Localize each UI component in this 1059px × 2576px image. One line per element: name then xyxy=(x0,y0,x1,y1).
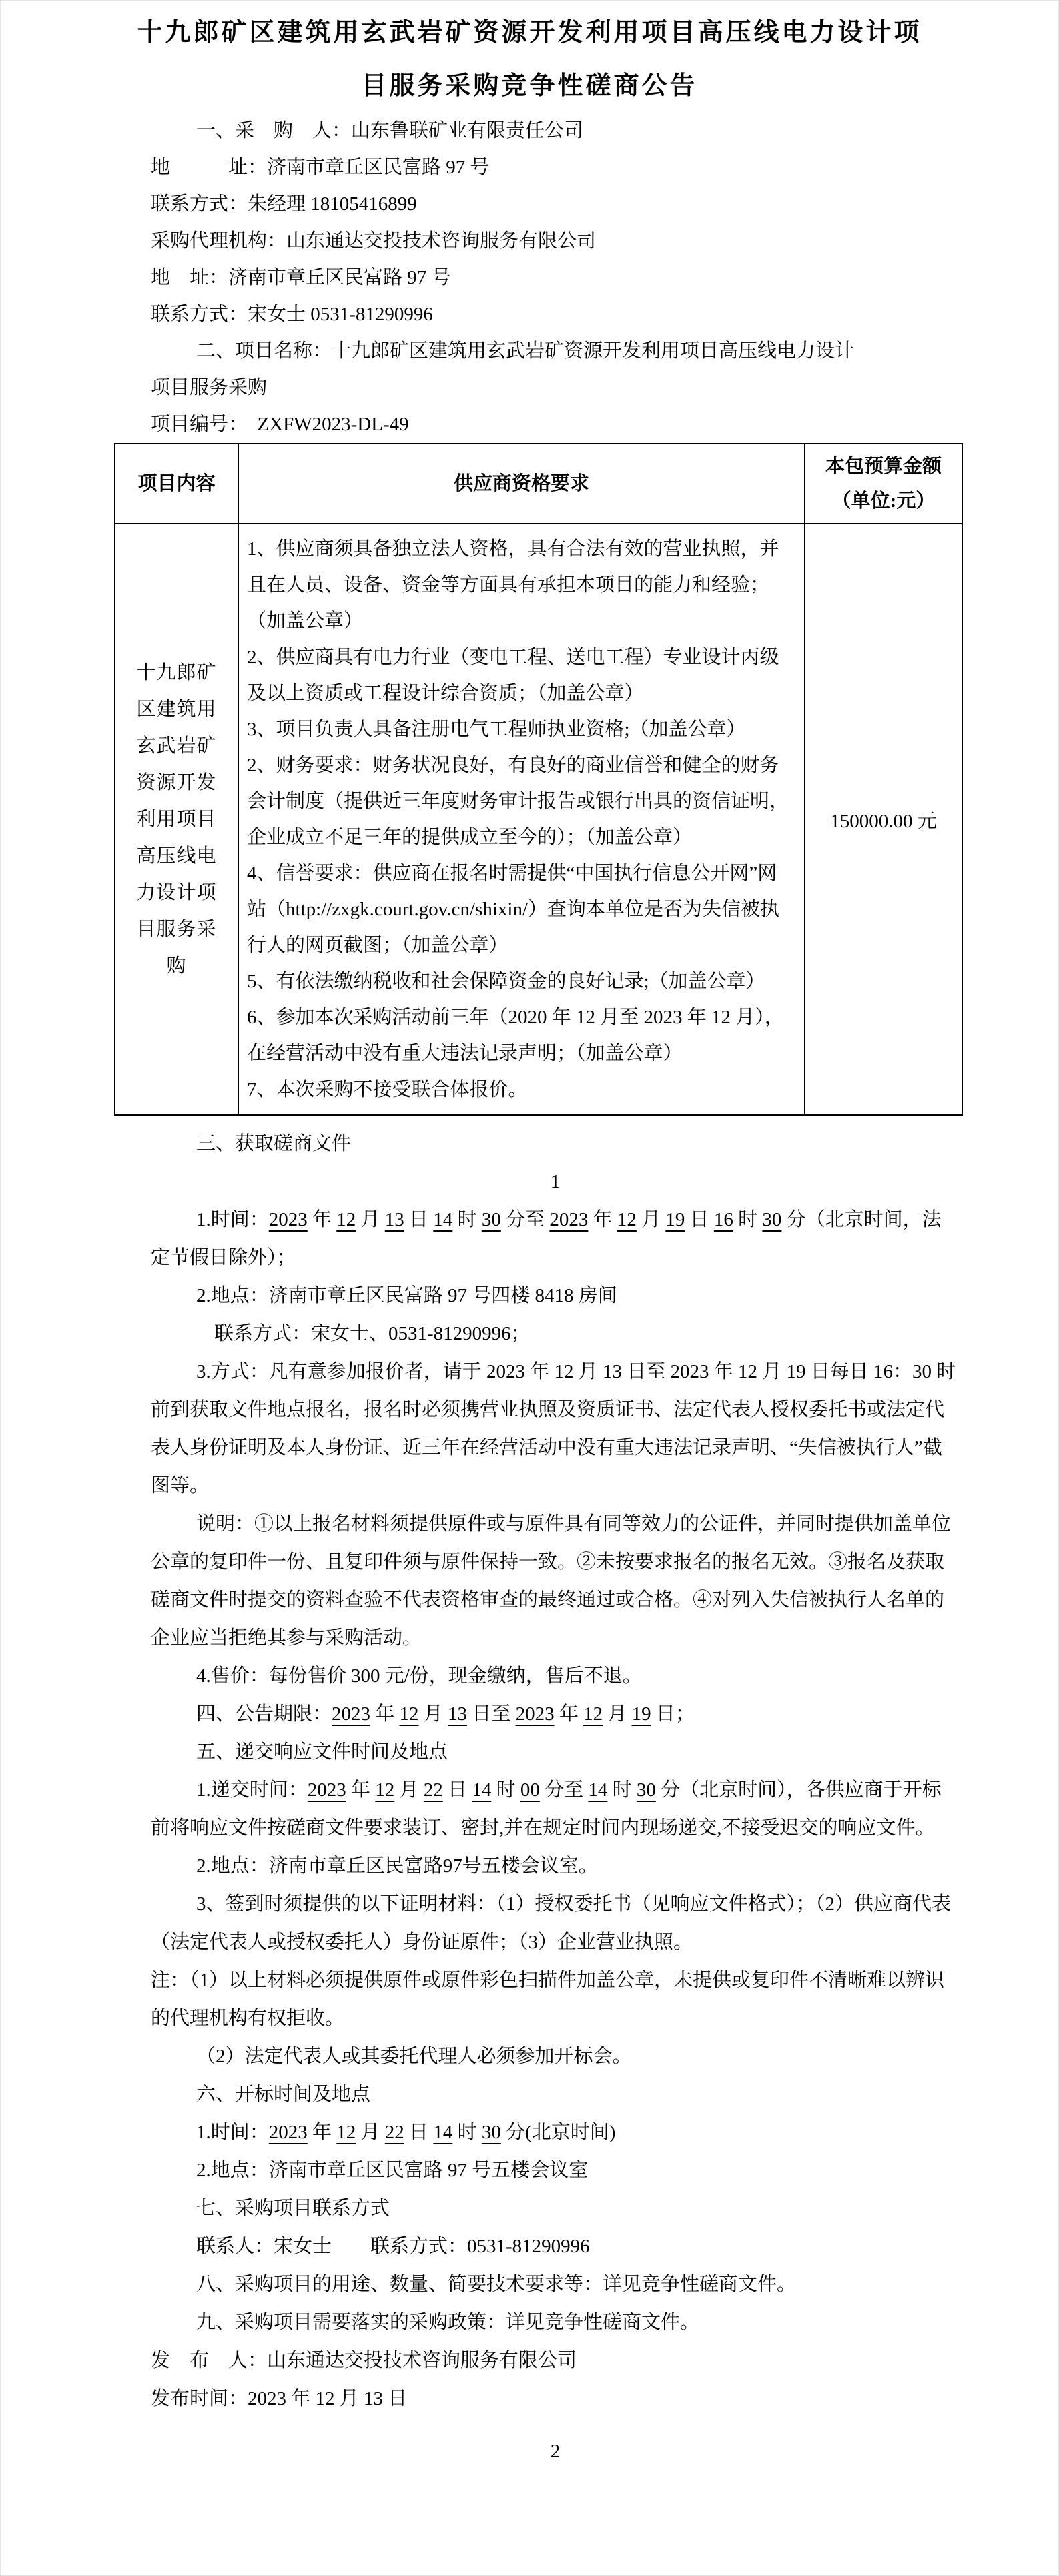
requirement-item: 3、项目负责人具备注册电气工程师执业资格;（加盖公章） xyxy=(247,711,796,747)
section-7-heading: 七、采购项目联系方式 xyxy=(151,2190,960,2228)
obtain-method-line: 3.方式：凡有意参加报价者，请于 2023 年 12 月 13 日至 2023 … xyxy=(151,1353,960,1505)
obtain-time-line: 1.时间：2023 年 12 月 13 日 14 时 30 分至 2023 年 … xyxy=(151,1201,960,1277)
buyer-contact-line: 联系方式：朱经理 18105416899 xyxy=(151,186,960,223)
requirement-item: 2、供应商具有电力行业（变电工程、送电工程）专业设计丙级及以上资质或工程设计综合… xyxy=(247,639,796,711)
project-table: 项目内容 供应商资格要求 本包预算金额 （单位:元） 十九郎矿区建筑用玄武岩矿资… xyxy=(114,443,963,1116)
publisher-line: 发 布 人：山东通达交投技术咨询服务有限公司 xyxy=(151,2342,960,2380)
submit-place-line: 2.地点：济南市章丘区民富路97号五楼会议室。 xyxy=(151,1847,960,1885)
buyer-line: 一、采 购 人：山东鲁联矿业有限责任公司 xyxy=(151,113,960,149)
requirement-item: 5、有依法缴纳税收和社会保障资金的良好记录;（加盖公章） xyxy=(247,963,796,999)
obtain-place-line: 2.地点：济南市章丘区民富路 97 号四楼 8418 房间 xyxy=(151,1277,960,1315)
body-sections: 三、获取磋商文件11.时间：2023 年 12 月 13 日 14 时 30 分… xyxy=(151,1125,960,2471)
requirement-item: 2、财务要求：财务状况良好，有良好的商业信誉和健全的财务会计制度（提供近三年度财… xyxy=(247,747,796,855)
col-header-supplier-requirements: 供应商资格要求 xyxy=(238,444,805,524)
section-4-heading: 四、公告期限：2023 年 12 月 13 日至 2023 年 12 月 19 … xyxy=(151,1695,960,1733)
table-header-row: 项目内容 供应商资格要求 本包预算金额 （单位:元） xyxy=(115,444,962,524)
page-number-1: 1 xyxy=(151,1163,960,1201)
open-place-line: 2.地点：济南市章丘区民富路 97 号五楼会议室 xyxy=(151,2152,960,2190)
supplier-requirements-cell: 1、供应商须具备独立法人资格，具有合法有效的营业执照，并且在人员、设备、资金等方… xyxy=(238,524,805,1115)
document-page: 十九郎矿区建筑用玄武岩矿资源开发利用项目高压线电力设计项 目服务采购竞争性磋商公… xyxy=(0,0,1059,2576)
section-6-heading: 六、开标时间及地点 xyxy=(151,2076,960,2114)
section-9-line: 九、采购项目需要落实的采购政策：详见竞争性磋商文件。 xyxy=(151,2304,960,2342)
document-title-line2: 目服务采购竞争性磋商公告 xyxy=(1,59,1058,113)
agency-address-line: 地 址：济南市章丘区民富路 97 号 xyxy=(151,260,960,296)
section-3-heading: 三、获取磋商文件 xyxy=(151,1125,960,1163)
project-number-line: 项目编号： ZXFW2023-DL-49 xyxy=(151,406,960,443)
col-header-budget-line2: （单位:元） xyxy=(809,484,958,518)
agency-line: 采购代理机构：山东通达交投技术咨询服务有限公司 xyxy=(151,223,960,260)
budget-cell: 150000.00 元 xyxy=(805,524,962,1115)
project-content-cell: 十九郎矿区建筑用玄武岩矿资源开发利用项目高压线电力设计项目服务采购 xyxy=(115,524,238,1115)
signin-materials-line: 3、签到时须提供的以下证明材料：（1）授权委托书（见响应文件格式）；（2）供应商… xyxy=(151,1885,960,1962)
open-time-line: 1.时间：2023 年 12 月 22 日 14 时 30 分(北京时间) xyxy=(151,2114,960,2152)
obtain-contact-line: 联系方式：宋女士、0531-81290996； xyxy=(151,1315,960,1353)
page-number-2: 2 xyxy=(151,2433,960,2471)
requirement-item: 1、供应商须具备独立法人资格，具有合法有效的营业执照，并且在人员、设备、资金等方… xyxy=(247,531,796,639)
price-line: 4.售价：每份售价 300 元/份，现金缴纳，售后不退。 xyxy=(151,1657,960,1695)
document-title-line1: 十九郎矿区建筑用玄武岩矿资源开发利用项目高压线电力设计项 xyxy=(1,6,1058,59)
publish-date-line: 发布时间：2023 年 12 月 13 日 xyxy=(151,2380,960,2418)
buyer-address-line: 地 址：济南市章丘区民富路 97 号 xyxy=(151,149,960,186)
requirement-item: 7、本次采购不接受联合体报价。 xyxy=(247,1071,796,1108)
project-content-text: 十九郎矿区建筑用玄武岩矿资源开发利用项目高压线电力设计项目服务采购 xyxy=(134,655,220,985)
project-name-line2: 项目服务采购 xyxy=(151,370,960,406)
table-body-row: 十九郎矿区建筑用玄武岩矿资源开发利用项目高压线电力设计项目服务采购 1、供应商须… xyxy=(115,524,962,1115)
document-title: 十九郎矿区建筑用玄武岩矿资源开发利用项目高压线电力设计项 目服务采购竞争性磋商公… xyxy=(1,1,1058,113)
col-header-budget: 本包预算金额 （单位:元） xyxy=(805,444,962,524)
project-name-line: 二、项目名称：十九郎矿区建筑用玄武岩矿资源开发利用项目高压线电力设计 xyxy=(151,333,960,370)
requirement-item: 6、参加本次采购活动前三年（2020 年 12 月至 2023 年 12 月），… xyxy=(247,999,796,1071)
note-line-2: （2）法定代表人或其委托代理人必须参加开标会。 xyxy=(151,2038,960,2076)
section-8-line: 八、采购项目的用途、数量、简要技术要求等：详见竞争性磋商文件。 xyxy=(151,2266,960,2304)
col-header-project-content: 项目内容 xyxy=(115,444,238,524)
agency-contact-line: 联系方式：宋女士 0531-81290996 xyxy=(151,296,960,333)
project-contact-line: 联系人：宋女士 联系方式：0531-81290996 xyxy=(151,2228,960,2266)
explanation-line: 说明：①以上报名材料须提供原件或与原件具有同等效力的公证件，并同时提供加盖单位公… xyxy=(151,1505,960,1657)
intro-section: 一、采 购 人：山东鲁联矿业有限责任公司地 址：济南市章丘区民富路 97 号联系… xyxy=(151,113,960,443)
section-5-heading: 五、递交响应文件时间及地点 xyxy=(151,1733,960,1771)
note-line: 注：（1）以上材料必须提供原件或原件彩色扫描件加盖公章，未提供或复印件不清晰难以… xyxy=(151,1962,960,2038)
submit-time-line: 1.递交时间：2023 年 12 月 22 日 14 时 00 分至 14 时 … xyxy=(151,1771,960,1847)
requirement-item: 4、信誉要求：供应商在报名时需提供“中国执行信息公开网”网站（http://zx… xyxy=(247,855,796,963)
col-header-budget-line1: 本包预算金额 xyxy=(809,449,958,484)
